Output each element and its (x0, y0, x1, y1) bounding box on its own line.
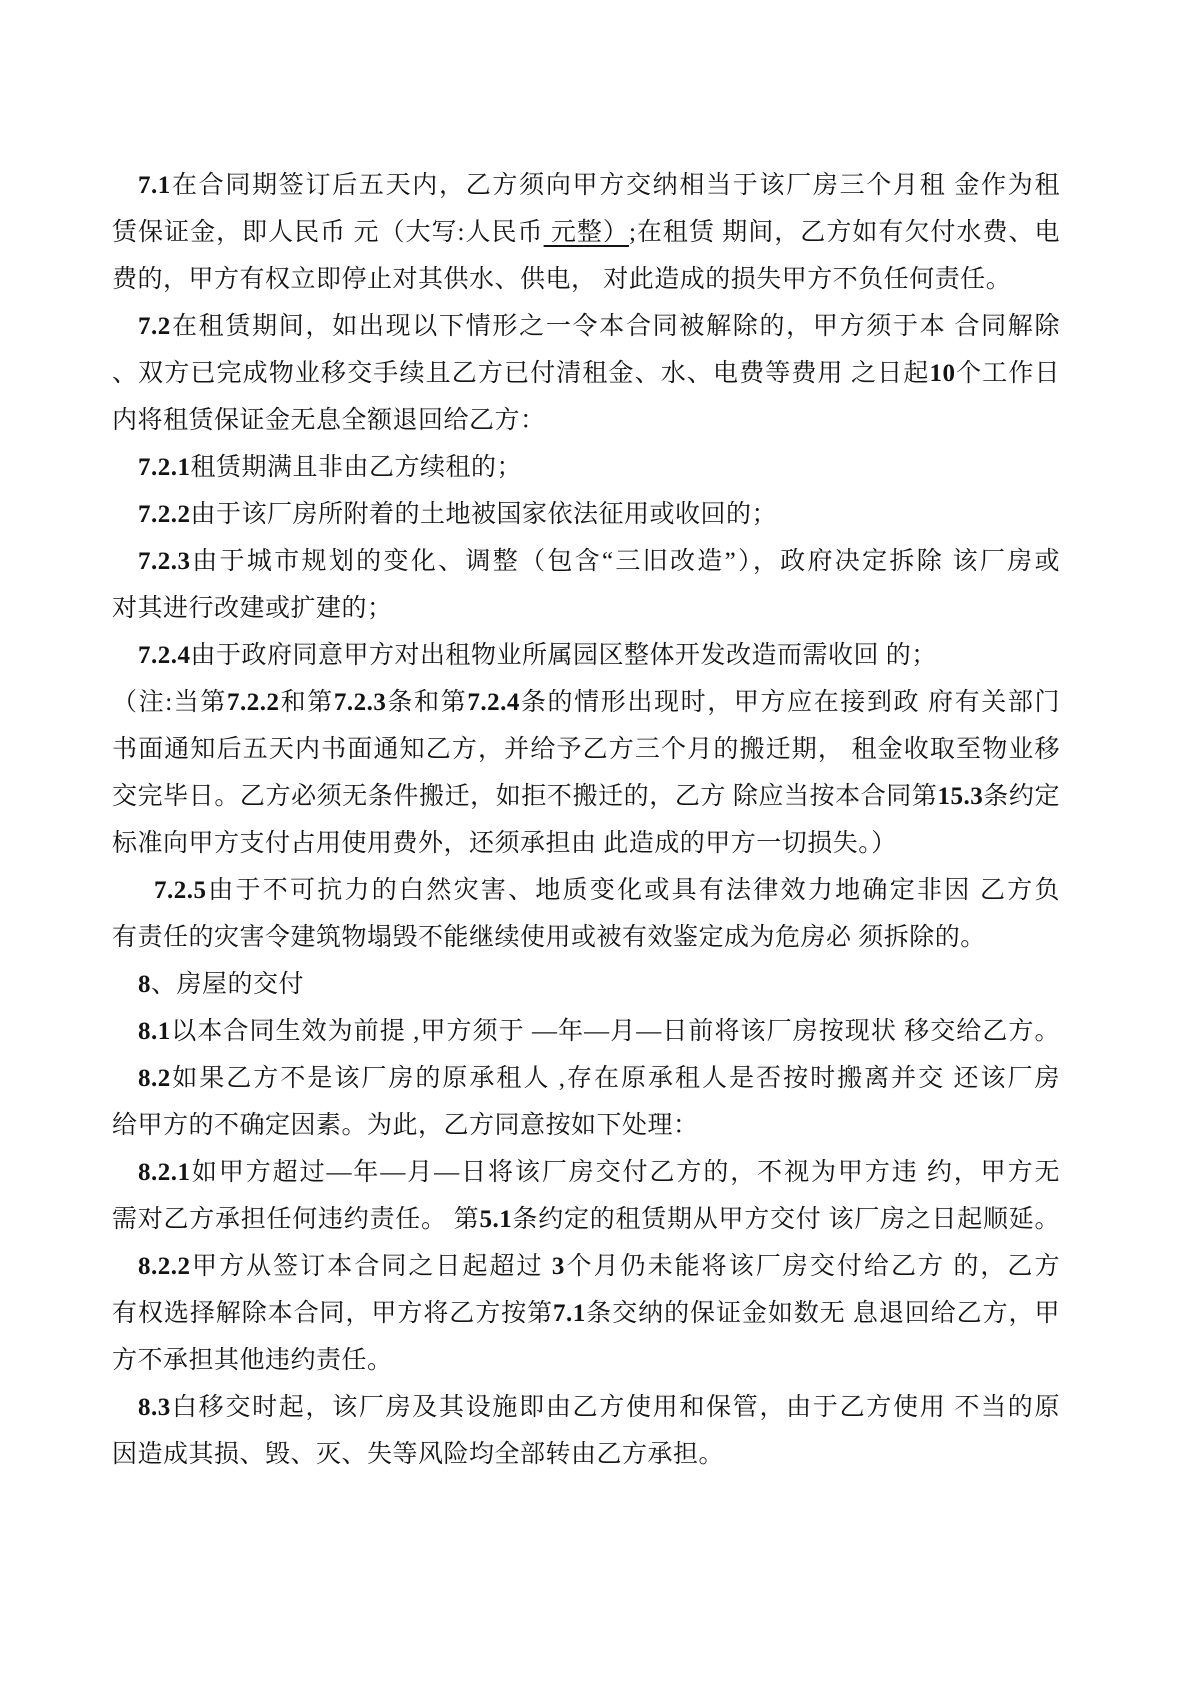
clause-number: 8.2.2 (138, 1253, 191, 1280)
document-content: 7.1在合同期签订后五天内，乙方须向甲方交纳相当于该厂房三个月租 金作为租赁保证… (112, 162, 1060, 1478)
text-run: 如甲方超过—年—月—日将该厂房交付乙方的，不视为甲方违 约，甲方无 (191, 1159, 1061, 1186)
text-run: 如果乙方不是该厂房的原承租人 ,存在原承租人是否按时搬离并交 还该厂房 (171, 1065, 1060, 1092)
clause-number: 7.1 (138, 172, 171, 199)
text-run: 由于政府同意甲方对出租物业所属园区整体开发改造而需收回 的； (191, 642, 937, 669)
text-line: 7.2.5由于不可抗力的白然灾害、地质变化或具有法律效力地确定非因 乙方负 (112, 867, 1060, 914)
text-line: 赁保证金，即人民币 元（大写:人民币 元整）;在租赁 期间，乙方如有欠付水费、电 (112, 209, 1060, 256)
text-run: 条的情形出现时，甲方应在接到政 府有关部门 (520, 689, 1060, 716)
text-run: 有责任的灾害令建筑物塌毁不能继续使用或被有效鉴定成为危房必 须拆除的。 (112, 924, 986, 951)
text-line: 7.2在租赁期间，如出现以下情形之一令本合同被解除的，甲方须于本 合同解除 (112, 303, 1060, 350)
text-line: 8.2.1如甲方超过—年—月—日将该厂房交付乙方的，不视为甲方违 约，甲方无 (112, 1149, 1060, 1196)
clause-number: 7.2 (138, 313, 171, 340)
clause-number: 10 (929, 360, 955, 387)
text-run: 内将租赁保证金无息全额退回给乙方： (112, 407, 546, 434)
text-run: 方不承担其他违约责任。 (112, 1347, 393, 1374)
text-line: 需对乙方承担任何违约责任。 第5.1条约定的租赁期从甲方交付 该厂房之日起顺延。 (112, 1196, 1060, 1243)
text-line: 书面通知后五天内书面通知乙方，并给予乙方三个月的搬迁期， 租金收取至物业移 (112, 726, 1060, 773)
text-run: 需对乙方承担任何违约责任。 第 (112, 1206, 480, 1233)
text-run: 白移交时起，该厂房及其设施即由乙方使用和保管，由于乙方使用 不当的原 (171, 1394, 1060, 1421)
clause-number: 8.2.1 (138, 1159, 191, 1186)
text-run: 租赁期满且非由乙方续租的； (191, 454, 523, 481)
text-run: 由于城市规划的变化、调整（包含“三旧改造”），政府决定拆除 该厂房或 (191, 548, 1061, 575)
clause-number: 7.2.2 (138, 501, 191, 528)
text-run: 甲方从签订本合同之日起超过 (191, 1253, 552, 1280)
text-run: 标准向甲方支付占用使用费外，还须承担由 此造成的甲方一切损失。） (112, 830, 897, 857)
text-run: 在合同期签订后五天内，乙方须向甲方交纳相当于该厂房三个月租 金作为租 (171, 172, 1060, 199)
clause-number: 7.2.4 (467, 689, 520, 716)
text-line: 8.2如果乙方不是该厂房的原承租人 ,存在原承租人是否按时搬离并交 还该厂房 (112, 1055, 1060, 1102)
text-run: （注:当第 (112, 689, 227, 716)
clause-number: 8.1 (138, 1018, 171, 1045)
text-line: 7.1在合同期签订后五天内，乙方须向甲方交纳相当于该厂房三个月租 金作为租 (112, 162, 1060, 209)
text-line: 因造成其损、毁、灭、失等风险均全部转由乙方承担。 (112, 1431, 1060, 1478)
clause-number: 7.2.3 (334, 689, 387, 716)
text-run: 交完毕日。乙方必须无条件搬迁，如拒不搬迁的，乙方 除应当按本合同第 (112, 783, 937, 810)
text-run: 条和第 (386, 689, 467, 716)
clause-number: 7.2.1 (138, 454, 191, 481)
text-run: 由于不可抗力的白然灾害、地质变化或具有法律效力地确定非因 乙方负 (207, 877, 1061, 904)
text-line: 给甲方的不确定因素。为此，乙方同意按如下处理： (112, 1102, 1060, 1149)
text-line: 方不承担其他违约责任。 (112, 1337, 1060, 1384)
text-line: 对其进行改建或扩建的； (112, 585, 1060, 632)
text-line: 、双方已完成物业移交手续且乙方已付清租金、水、电费等费用 之日起10个工作日 (112, 350, 1060, 397)
text-line: （注:当第7.2.2和第7.2.3条和第7.2.4条的情形出现时，甲方应在接到政… (112, 679, 1060, 726)
text-run: 因造成其损、毁、灭、失等风险均全部转由乙方承担。 (112, 1441, 724, 1468)
text-line: 费的，甲方有权立即停止对其供水、供电， 对此造成的损失甲方不负任何责任。 (112, 256, 1060, 303)
text-line: 内将租赁保证金无息全额退回给乙方： (112, 397, 1060, 444)
text-line: 7.2.4由于政府同意甲方对出租物业所属园区整体开发改造而需收回 的； (112, 632, 1060, 679)
text-line: 有责任的灾害令建筑物塌毁不能继续使用或被有效鉴定成为危房必 须拆除的。 (112, 914, 1060, 961)
text-run: 条交纳的保证金如数无 息退回给乙方，甲 (586, 1300, 1060, 1327)
text-run: 条约定 (983, 783, 1060, 810)
clause-number: 7.2.3 (138, 548, 191, 575)
text-line: 7.2.1租赁期满且非由乙方续租的； (112, 444, 1060, 491)
text-line: 交完毕日。乙方必须无条件搬迁，如拒不搬迁的，乙方 除应当按本合同第15.3条约定 (112, 773, 1060, 820)
text-run: 由于该厂房所附着的土地被国家依法征用或收回的； (191, 501, 778, 528)
text-line: 8.1以本合同生效为前提 ,甲方须于 —年—月—日前将该厂房按现状 移交给乙方。 (112, 1008, 1060, 1055)
clause-number: 7.2.5 (154, 877, 207, 904)
clause-number: 3 (552, 1253, 565, 1280)
text-line: 7.2.2由于该厂房所附着的土地被国家依法征用或收回的； (112, 491, 1060, 538)
text-run: 、房屋的交付 (151, 971, 304, 998)
clause-number: 8.3 (138, 1394, 171, 1421)
text-run: 书面通知后五天内书面通知乙方，并给予乙方三个月的搬迁期， 租金收取至物业移 (112, 736, 1060, 763)
text-run: 在租赁期间，如出现以下情形之一令本合同被解除的，甲方须于本 合同解除 (171, 313, 1060, 340)
text-run: 条约定的租赁期从甲方交付 该厂房之日起顺延。 (512, 1206, 1060, 1233)
text-line: 7.2.3由于城市规划的变化、调整（包含“三旧改造”），政府决定拆除 该厂房或 (112, 538, 1060, 585)
text-line: 有权选择解除本合同，甲方将乙方按第7.1条交纳的保证金如数无 息退回给乙方，甲 (112, 1290, 1060, 1337)
text-run: 个月仍未能将该厂房交付给乙方 的，乙方 (565, 1253, 1060, 1280)
text-run: 个工作日 (955, 360, 1060, 387)
clause-number: 8.2 (138, 1065, 171, 1092)
text-line: 8.3白移交时起，该厂房及其设施即由乙方使用和保管，由于乙方使用 不当的原 (112, 1384, 1060, 1431)
text-run: 对其进行改建或扩建的； (112, 595, 393, 622)
text-run: 、双方已完成物业移交手续且乙方已付清租金、水、电费等费用 之日起 (112, 360, 929, 387)
underlined-blank: 元整） (544, 219, 629, 246)
text-run: 给甲方的不确定因素。为此，乙方同意按如下处理： (112, 1112, 699, 1139)
clause-number: 7.2.4 (138, 642, 191, 669)
text-run: 和第 (280, 689, 334, 716)
text-run: 有权选择解除本合同，甲方将乙方按第 (112, 1300, 553, 1327)
clause-number: 5.1 (480, 1206, 513, 1233)
text-run: 费的，甲方有权立即停止对其供水、供电， 对此造成的损失甲方不负任何责任。 (112, 266, 1011, 293)
clause-number: 15.3 (937, 783, 983, 810)
clause-number: 8 (138, 971, 151, 998)
text-run: ;在租赁 期间，乙方如有欠付水费、电 (629, 219, 1060, 246)
text-line: 8.2.2甲方从签订本合同之日起超过 3个月仍未能将该厂房交付给乙方 的，乙方 (112, 1243, 1060, 1290)
document-page: 7.1在合同期签订后五天内，乙方须向甲方交纳相当于该厂房三个月租 金作为租赁保证… (0, 0, 1194, 1691)
clause-number: 7.1 (553, 1300, 586, 1327)
text-line: 8、房屋的交付 (112, 961, 1060, 1008)
text-line: 标准向甲方支付占用使用费外，还须承担由 此造成的甲方一切损失。） (112, 820, 1060, 867)
text-run: 以本合同生效为前提 ,甲方须于 —年—月—日前将该厂房按现状 移交给乙方。 (171, 1018, 1060, 1045)
text-run: 赁保证金，即人民币 元（大写:人民币 (112, 219, 544, 246)
clause-number: 7.2.2 (227, 689, 280, 716)
